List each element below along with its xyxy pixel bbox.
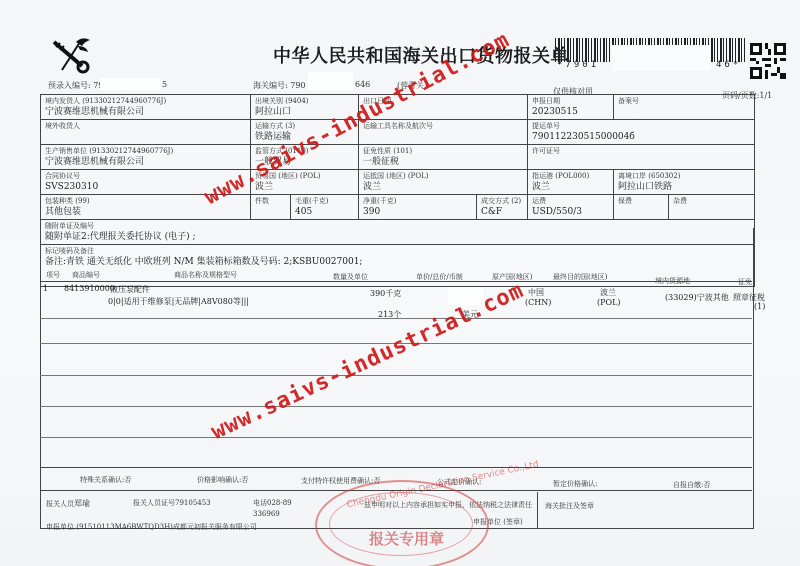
declare-date-label: 申报日期 — [532, 96, 609, 107]
deal-mode-cell: 成交方式 (2) C&F — [477, 195, 528, 220]
pieces-cell: 件数 — [251, 195, 291, 220]
domestic-shipper-label: 境内发货人 (91330212744960776J) — [45, 96, 246, 107]
goods-origin-code: (CHN) — [525, 298, 551, 307]
goods-destination: 波兰 — [600, 287, 616, 298]
bill-no-value: 79011223051500004б — [532, 132, 750, 143]
goods-header-divider — [40, 281, 752, 282]
deal-mode-value: C&F — [481, 207, 523, 218]
declare-date-cell: 申报日期 20230515 — [528, 95, 614, 120]
producer-value: 宁波赛维思机械有限公司 — [45, 157, 246, 168]
customs-emblem-icon — [48, 36, 92, 74]
barcode-text-prefix: *7901 — [557, 60, 599, 70]
dest-port-cell: 指运港 (POL000) 波兰 — [528, 170, 614, 195]
bill-no-cell: 提运单号 79011223051500004б — [528, 120, 755, 145]
pre-entry-suffix: 5 — [162, 80, 167, 89]
producer-cell: 生产销售单位 (91330212744960776J) 宁波赛维思机械有限公司 — [41, 145, 251, 170]
row-divider — [40, 467, 752, 468]
qr-code-icon — [750, 42, 786, 80]
declarant-name: 郑瑜 — [74, 499, 90, 508]
levy-nature-cell: 征免性质 (101) 一般征税 — [359, 145, 528, 170]
declarant-cert: 报关人员证号79105453 — [133, 498, 211, 508]
customs-number-prefix: 790 — [290, 81, 305, 90]
deal-mode-label: 成交方式 (2) — [481, 196, 523, 207]
declaring-unit: 申报单位 (91510113MA6BWTQD3H)成都元初报关服务有限公司 — [46, 522, 257, 532]
declare-date-value: 20230515 — [532, 107, 609, 118]
transport-tool-cell: 运输工具名称及航次号 — [359, 120, 528, 145]
goods-origin: 中国 — [528, 287, 544, 298]
dest-country-cell: 运抵国 (地区) (POL) 波兰 — [359, 170, 528, 195]
goods-levy-code: (1) — [754, 302, 765, 311]
freight-label: 运费 — [532, 196, 609, 207]
goods-item-no: 1 — [43, 284, 48, 293]
goods-quantity-1: 390千克 — [370, 288, 401, 299]
goods-name: 液压泵配件 — [110, 284, 150, 295]
license-label: 许可证号 — [532, 146, 750, 157]
goods-header-levy: 征免 — [738, 277, 752, 287]
footer-divider — [537, 492, 538, 528]
package-type-value: 其他包装 — [45, 207, 246, 218]
domestic-shipper-value: 宁波赛维思机械有限公司 — [45, 107, 246, 118]
declarant-label: 报关人员郑瑜 — [46, 498, 90, 509]
exit-port-label: 离境口岸 (650302) — [618, 171, 750, 182]
transport-tool-label: 运输工具名称及航次号 — [363, 121, 523, 132]
customs-declaration-document: 中华人民共和国海关出口货物报关单 *7901 46* 预录入编号: 79 5 海… — [0, 0, 800, 566]
pre-entry-number: 预录入编号: 79 — [48, 80, 103, 91]
exit-port-value: 阿拉山口铁路 — [618, 182, 750, 193]
declarant-label-text: 报关人员 — [46, 500, 74, 508]
row-divider — [40, 375, 752, 376]
company-stamp: Chengdu Origin Declaration Service Co.,L… — [315, 480, 489, 566]
gross-weight-label: 毛重(千克) — [295, 196, 354, 207]
goods-header-item-no: 项号 — [46, 270, 60, 280]
row-divider — [40, 318, 752, 319]
exit-customs-label: 出境关别 (9404) — [255, 96, 354, 107]
record-no-cell: 备案号 — [614, 95, 755, 120]
goods-hs-code: 8413910000 — [64, 284, 115, 293]
license-cell: 许可证号 — [528, 145, 755, 170]
customs-number-label: 海关编号: — [253, 81, 288, 90]
pre-entry-label: 预录入编号: — [48, 81, 91, 90]
redaction — [100, 78, 160, 90]
domestic-shipper-cell: 境内发货人 (91330212744960776J) 宁波赛维思机械有限公司 — [41, 95, 251, 120]
goods-destination-code: (POL) — [597, 298, 621, 307]
price-impact-confirm: 价格影响确认:否 — [197, 475, 248, 485]
dest-port-label: 指运港 (POL000) — [532, 171, 609, 182]
misc-fee-cell: 杂费 — [669, 195, 755, 220]
self-report-confirm: 自报自缴:否 — [673, 480, 710, 490]
gross-weight-value: 405 — [295, 207, 354, 218]
overseas-consignee-label: 境外收货人 — [45, 121, 246, 132]
declarant-phone: 电话028-89336969 — [253, 498, 293, 520]
net-weight-value: 390 — [363, 207, 472, 218]
row-divider — [40, 406, 752, 407]
goods-source: (33029)宁波其他 — [665, 292, 729, 303]
producer-label: 生产销售单位 (91330212744960776J) — [45, 146, 246, 157]
freight-cell: 运费 USD/550/3 — [528, 195, 614, 220]
insurance-cell: 保费 — [614, 195, 669, 220]
provisional-price-confirm: 暂定价格确认: — [553, 479, 597, 489]
levy-nature-value: 一般征税 — [363, 157, 523, 168]
dest-country-label: 运抵国 (地区) (POL) — [363, 171, 523, 182]
net-weight-cell: 净重(千克) 390 — [359, 195, 477, 220]
insurance-label: 保费 — [618, 196, 664, 207]
redaction — [308, 72, 353, 90]
goods-header-name: 商品名称及规格型号 — [174, 270, 237, 280]
bill-no-label: 提运单号 — [532, 121, 750, 132]
trade-country-value: 波兰 — [255, 182, 354, 193]
overseas-consignee-cell: 境外收货人 — [41, 120, 251, 145]
levy-nature-label: 征免性质 (101) — [363, 146, 523, 157]
customs-note: 海关批注及签章 — [545, 501, 594, 511]
exit-port-cell: 离境口岸 (650302) 阿拉山口铁路 — [614, 170, 755, 195]
misc-fee-label: 杂费 — [673, 196, 750, 207]
goods-spec: 0|0|适用于维修泵|无品牌|A8V080等||| — [108, 296, 249, 307]
dest-port-value: 波兰 — [532, 182, 609, 193]
gross-weight-cell: 毛重(千克) 405 — [291, 195, 359, 220]
document-title: 中华人民共和国海关出口货物报关单 — [273, 42, 569, 68]
record-no-label: 备案号 — [618, 96, 750, 107]
special-relation-confirm: 特殊关系确认:否 — [80, 475, 131, 485]
goods-header-hs-code: 商品编号 — [72, 270, 100, 280]
net-weight-label: 净重(千克) — [363, 196, 472, 207]
barcode-text-suffix: 46* — [716, 60, 741, 70]
pieces-label: 件数 — [255, 196, 286, 207]
customs-number-suffix: 646 — [355, 80, 370, 89]
row-divider — [40, 437, 752, 438]
customs-number: 海关编号: 790 — [253, 80, 306, 91]
freight-value: USD/550/3 — [532, 207, 609, 218]
dest-country-value: 波兰 — [363, 182, 523, 193]
barcode-redaction — [612, 45, 710, 71]
stamp-center-text: 报关专用章 — [369, 528, 444, 549]
page-value: 1/1 — [759, 91, 772, 100]
